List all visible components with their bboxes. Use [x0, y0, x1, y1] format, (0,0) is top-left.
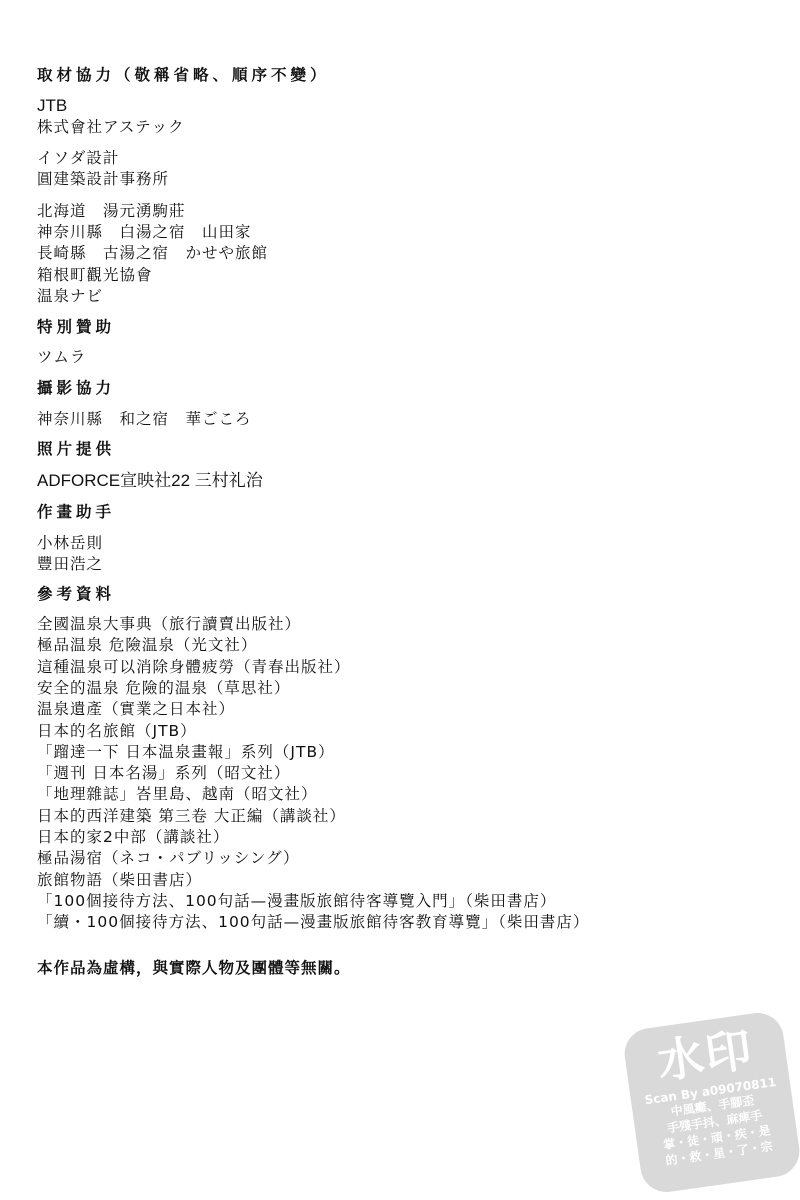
section-heading: 作畫助手 [37, 502, 115, 522]
credit-line: 株式會社アステック [37, 117, 185, 137]
credit-line: 安全的温泉 危險的温泉（草思社） [37, 678, 290, 698]
credit-line: 温泉ナビ [37, 286, 103, 306]
credit-line: 極品湯宿（ネコ・パブリッシング） [37, 848, 300, 868]
credit-line: 「100個接待方法、100句話—漫畫版旅館待客導覽入門」（柴田書店） [37, 891, 556, 911]
credit-line: 豐田浩之 [37, 554, 103, 574]
credit-line: イソダ設計 [37, 148, 119, 168]
credit-line: 日本的家2中部（講談社） [37, 827, 229, 847]
credit-line: 「地理雜誌」峇里島、越南（昭文社） [37, 784, 318, 804]
credit-line: 日本的西洋建築 第三卷 大正編（講談社） [37, 806, 346, 826]
credit-line: 極品温泉 危險温泉（光文社） [37, 635, 257, 655]
credit-line: 神奈川縣 和之宿 華ごころ [37, 409, 252, 429]
section-heading: 參考資料 [37, 584, 115, 604]
credit-line: 「週刊 日本名湯」系列（昭文社） [37, 763, 290, 783]
credit-line: 箱根町觀光協會 [37, 265, 153, 285]
scan-watermark: 水印 Scan By a09070811 中風癱、手腳歪 手殘手抖、麻痺手 掌・… [621, 1010, 800, 1196]
credit-line: ADFORCE宣映社22 三村礼治 [37, 471, 263, 491]
credit-line: 長崎縣 古湯之宿 かせや旅館 [37, 243, 268, 263]
credit-line: 「蹓達一下 日本温泉畫報」系列（JTB） [37, 742, 335, 762]
section-heading: 照片提供 [37, 439, 115, 459]
credit-line: 全國温泉大事典（旅行讀賣出版社） [37, 614, 301, 634]
credit-line: 北海道 湯元湧駒莊 [37, 201, 186, 221]
credit-line: 圓建築設計事務所 [37, 169, 169, 189]
credit-line: 日本的名旅館（JTB） [37, 721, 197, 741]
credit-line: JTB [37, 96, 67, 116]
credit-line: 「續・100個接待方法、100句話—漫畫版旅館待客教育導覽」（柴田書店） [37, 912, 589, 932]
credit-line: ツムラ [37, 347, 86, 367]
credit-line: 旅館物語（柴田書店） [37, 870, 202, 890]
section-heading: 攝影協力 [37, 378, 115, 398]
disclaimer-text: 本作品為虛構，與實際人物及團體等無關。 [37, 958, 351, 978]
credit-line: 這種温泉可以消除身體疲勞（青春出版社） [37, 657, 351, 677]
credit-line: 神奈川縣 白湯之宿 山田家 [37, 222, 252, 242]
credit-line: 小林岳則 [37, 533, 103, 553]
credit-line: 温泉遺產（實業之日本社） [37, 699, 235, 719]
section-heading: 特別贊助 [37, 317, 115, 337]
section-heading: 取材協力（敬稱省略、順序不變） [37, 65, 330, 85]
